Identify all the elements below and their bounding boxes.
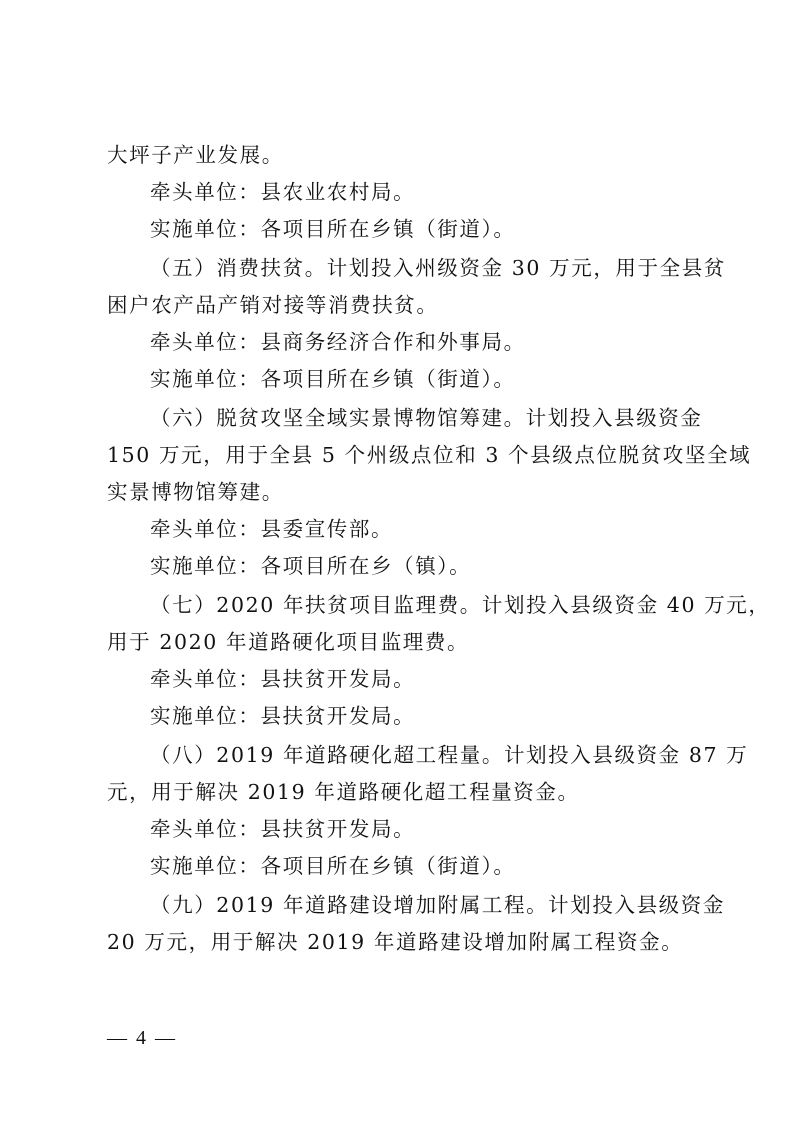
lead-unit-line: 牵头单位：县扶贫开发局。 xyxy=(150,811,740,848)
document-page: 大坪子产业发展。 牵头单位：县农业农村局。 实施单位：各项目所在乡镇（街道）。 … xyxy=(0,0,793,1122)
implementing-unit-line: 实施单位：县扶贫开发局。 xyxy=(150,698,740,735)
implementing-unit-line: 实施单位：各项目所在乡镇（街道）。 xyxy=(150,848,740,885)
text-line: 困户农产品产销对接等消费扶贫。 xyxy=(107,287,697,324)
lead-unit-line: 牵头单位：县委宣传部。 xyxy=(150,511,740,548)
page-number: — 4 — xyxy=(107,1027,177,1050)
text-line: 用于 2020 年道路硬化项目监理费。 xyxy=(107,624,697,661)
section-heading-5: （五）消费扶贫。计划投入州级资金 30 万元，用于全县贫 xyxy=(150,250,697,287)
text-line: 150 万元，用于全县 5 个州级点位和 3 个县级点位脱贫攻坚全域 xyxy=(107,437,697,474)
lead-unit-line: 牵头单位：县农业农村局。 xyxy=(150,174,740,211)
text-line: 20 万元，用于解决 2019 年道路建设增加附属工程资金。 xyxy=(107,924,697,961)
implementing-unit-line: 实施单位：各项目所在乡（镇）。 xyxy=(150,548,740,585)
text-line: 实景博物馆筹建。 xyxy=(107,474,697,511)
section-heading-8: （八）2019 年道路硬化超工程量。计划投入县级资金 87 万 xyxy=(150,737,697,774)
implementing-unit-line: 实施单位：各项目所在乡镇（街道）。 xyxy=(150,361,740,398)
section-heading-6: （六）脱贫攻坚全域实景博物馆筹建。计划投入县级资金 xyxy=(150,400,697,437)
section-heading-7: （七）2020 年扶贫项目监理费。计划投入县级资金 40 万元， xyxy=(150,587,697,624)
section-heading-9: （九）2019 年道路建设增加附属工程。计划投入县级资金 xyxy=(150,887,697,924)
lead-unit-line: 牵头单位：县扶贫开发局。 xyxy=(150,661,740,698)
lead-unit-line: 牵头单位：县商务经济合作和外事局。 xyxy=(150,324,740,361)
text-line: 大坪子产业发展。 xyxy=(107,137,697,174)
implementing-unit-line: 实施单位：各项目所在乡镇（街道）。 xyxy=(150,211,740,248)
text-line: 元，用于解决 2019 年道路硬化超工程量资金。 xyxy=(107,774,697,811)
